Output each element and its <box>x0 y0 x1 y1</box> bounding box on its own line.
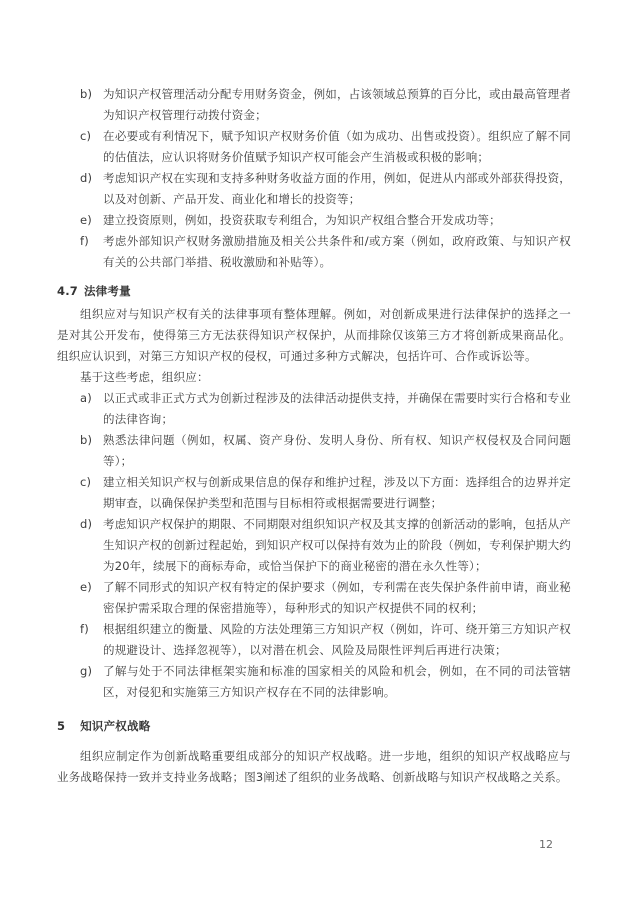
list-item: d) 考虑知识产权保护的期限、不同期限对组织知识产权及其支撑的创新活动的影响，包… <box>57 514 571 577</box>
list-item: e) 了解不同形式的知识产权有特定的保护要求（例如，专利需在丧失保护条件前申请，… <box>57 577 571 619</box>
list-item: b) 为知识产权管理活动分配专用财务资金，例如，占该领域总预算的百分比，或由最高… <box>57 84 571 126</box>
legal-lead-in: 基于这些考虑，组织应： <box>57 367 571 388</box>
list-item-marker: f) <box>80 619 103 640</box>
list-item: c) 建立相关知识产权与创新成果信息的保存和维护过程，涉及以下方面：选择组合的边… <box>57 472 571 514</box>
list-item-marker: d) <box>80 514 103 535</box>
section-title: 法律考量 <box>84 284 131 298</box>
list-item: c) 在必要或有利情况下，赋予知识产权财务价值（如为成功、出售或投资）。组织应了… <box>57 126 571 168</box>
section-number: 5 <box>57 715 65 737</box>
list-item-text: 为知识产权管理活动分配专用财务资金，例如，占该领域总预算的百分比，或由最高管理者… <box>103 84 571 126</box>
list-item-marker: b) <box>80 84 103 105</box>
finance-considerations-list: b) 为知识产权管理活动分配专用财务资金，例如，占该领域总预算的百分比，或由最高… <box>57 84 571 273</box>
legal-intro-paragraph: 组织应对与知识产权有关的法律事项有整体理解。例如，对创新成果进行法律保护的选择之… <box>57 304 571 367</box>
list-item: f) 考虑外部知识产权财务激励措施及相关公共条件和/或方案（例如，政府政策、与知… <box>57 231 571 273</box>
list-item-text: 了解不同形式的知识产权有特定的保护要求（例如，专利需在丧失保护条件前申请，商业秘… <box>103 577 571 619</box>
list-item-text: 建立相关知识产权与创新成果信息的保存和维护过程，涉及以下方面：选择组合的边界并定… <box>103 472 571 514</box>
list-item-text: 根据组织建立的衡量、风险的方法处理第三方知识产权（例如，许可、绕开第三方知识产权… <box>103 619 571 661</box>
strategy-paragraph: 组织应制定作为创新战略重要组成部分的知识产权战略。进一步地，组织的知识产权战略应… <box>57 746 571 788</box>
list-item-marker: f) <box>80 231 103 252</box>
list-item-text: 了解与处于不同法律框架实施和标准的国家相关的风险和机会，例如，在不同的司法管辖区… <box>103 661 571 703</box>
list-item-marker: c) <box>80 126 103 147</box>
section-heading-legal: 4.7法律考量 <box>57 280 571 302</box>
list-item: a) 以正式或非正式方式为创新过程涉及的法律活动提供支持，并确保在需要时实行合格… <box>57 388 571 430</box>
list-item: d) 考虑知识产权在实现和支持多种财务收益方面的作用，例如，促进从内部或外部获得… <box>57 168 571 210</box>
list-item-marker: c) <box>80 472 103 493</box>
legal-considerations-list: a) 以正式或非正式方式为创新过程涉及的法律活动提供支持，并确保在需要时实行合格… <box>57 388 571 703</box>
list-item: e) 建立投资原则，例如，投资获取专利组合，为知识产权组合整合开发成功等； <box>57 210 571 231</box>
list-item-text: 考虑知识产权保护的期限、不同期限对组织知识产权及其支撑的创新活动的影响，包括从产… <box>103 514 571 577</box>
page-number: 12 <box>539 838 553 851</box>
list-item-text: 考虑外部知识产权财务激励措施及相关公共条件和/或方案（例如，政府政策、与知识产权… <box>103 231 571 273</box>
list-item-text: 熟悉法律问题（例如，权属、资产身份、发明人身份、所有权、知识产权侵权及合同问题等… <box>103 430 571 472</box>
list-item-marker: a) <box>80 388 103 409</box>
list-item-text: 建立投资原则，例如，投资获取专利组合，为知识产权组合整合开发成功等； <box>103 210 571 231</box>
list-item-text: 考虑知识产权在实现和支持多种财务收益方面的作用，例如，促进从内部或外部获得投资，… <box>103 168 571 210</box>
list-item-text: 以正式或非正式方式为创新过程涉及的法律活动提供支持，并确保在需要时实行合格和专业… <box>103 388 571 430</box>
section-title: 知识产权战略 <box>80 719 150 733</box>
list-item-marker: b) <box>80 430 103 451</box>
list-item: g) 了解与处于不同法律框架实施和标准的国家相关的风险和机会，例如，在不同的司法… <box>57 661 571 703</box>
section-number: 4.7 <box>57 280 78 302</box>
section-heading-strategy: 5知识产权战略 <box>57 715 571 737</box>
list-item-marker: e) <box>80 210 103 231</box>
list-item: b) 熟悉法律问题（例如，权属、资产身份、发明人身份、所有权、知识产权侵权及合同… <box>57 430 571 472</box>
list-item: f) 根据组织建立的衡量、风险的方法处理第三方知识产权（例如，许可、绕开第三方知… <box>57 619 571 661</box>
list-item-marker: g) <box>80 661 103 682</box>
list-item-marker: e) <box>80 577 103 598</box>
list-item-marker: d) <box>80 168 103 189</box>
list-item-text: 在必要或有利情况下，赋予知识产权财务价值（如为成功、出售或投资）。组织应了解不同… <box>103 126 571 168</box>
document-page: b) 为知识产权管理活动分配专用财务资金，例如，占该领域总预算的百分比，或由最高… <box>0 0 636 900</box>
page-content: b) 为知识产权管理活动分配专用财务资金，例如，占该领域总预算的百分比，或由最高… <box>57 84 571 788</box>
